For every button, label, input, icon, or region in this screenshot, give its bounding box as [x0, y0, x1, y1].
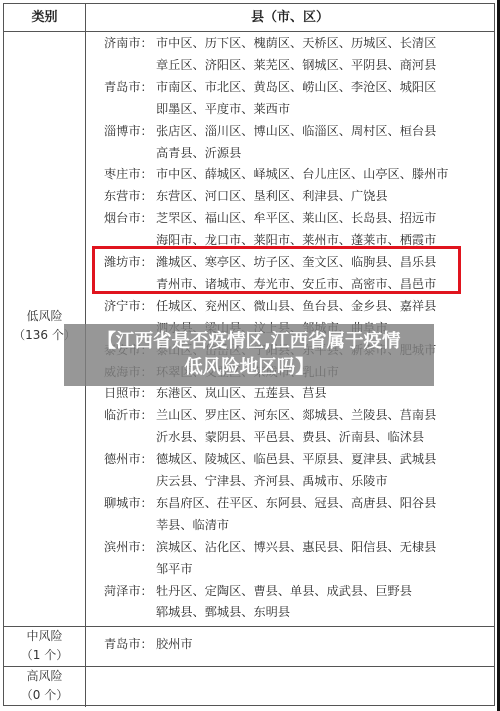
category-medium: 中风险 （1 个）: [4, 627, 85, 665]
list-item: 淄博市：张店区、淄川区、博山区、临淄区、周村区、桓台县: [104, 120, 436, 142]
district-list: 郓城县、鄄城县、东明县: [156, 605, 290, 619]
category-high-label: 高风险: [4, 667, 85, 686]
list-item: 即墨区、平度市、莱西市: [156, 98, 290, 120]
overlay-title-line1: 【江西省是否疫情区,江西省属于疫情: [64, 330, 434, 354]
list-item: 烟台市：芝罘区、福山区、牟平区、莱山区、长岛县、招远市: [104, 207, 436, 229]
district-list: 张店区、淄川区、博山区、临淄区、周村区、桓台县: [156, 124, 436, 138]
district-list: 任城区、兖州区、微山县、鱼台县、金乡县、嘉祥县: [156, 299, 436, 313]
district-list: 芝罘区、福山区、牟平区、莱山区、长岛县、招远市: [156, 211, 436, 225]
list-item: 东营市：东营区、河口区、垦利区、利津县、广饶县: [104, 185, 388, 207]
overlay-title-line2: 低风险地区吗】: [64, 356, 434, 380]
district-list: 市南区、市北区、黄岛区、崂山区、李沧区、城阳区: [156, 80, 436, 94]
district-list: 庆云县、宁津县、齐河县、禹城市、乐陵市: [156, 474, 388, 488]
list-item: 枣庄市：市中区、薛城区、峄城区、台儿庄区、山亭区、滕州市: [104, 163, 449, 185]
category-medium-count: （1 个）: [4, 646, 85, 665]
list-item: 莘县、临清市: [156, 514, 229, 536]
city-name: 淄博市：: [104, 120, 156, 142]
district-list: 莘县、临清市: [156, 518, 229, 532]
list-item: 青岛市：市南区、市北区、黄岛区、崂山区、李沧区、城阳区: [104, 76, 436, 98]
city-name: 临沂市：: [104, 404, 156, 426]
list-item: 滨州市：滨城区、沾化区、博兴县、惠民县、阳信县、无棣县: [104, 536, 436, 558]
district-list: 东昌府区、茌平区、东阿县、冠县、高唐县、阳谷县: [156, 496, 436, 510]
district-list: 胶州市: [156, 637, 193, 651]
category-high: 高风险 （0 个）: [4, 667, 85, 705]
district-list: 市中区、薛城区、峄城区、台儿庄区、山亭区、滕州市: [156, 167, 449, 181]
district-list: 海阳市、龙口市、莱阳市、莱州市、蓬莱市、栖霞市: [156, 233, 436, 247]
city-name: 德州市：: [104, 448, 156, 470]
city-name: 济宁市：: [104, 295, 156, 317]
district-list: 兰山区、罗庄区、河东区、郯城县、兰陵县、莒南县: [156, 408, 436, 422]
city-name: 东营市：: [104, 185, 156, 207]
district-list: 牡丹区、定陶区、曹县、单县、成武县、巨野县: [156, 584, 412, 598]
table-header: 类别 县（市、区）: [4, 4, 494, 32]
district-list: 沂水县、蒙阴县、平邑县、费县、沂南县、临沭县: [156, 430, 424, 444]
city-name: 青岛市：: [104, 633, 156, 655]
district-list: 高青县、沂源县: [156, 146, 241, 160]
list-item: 章丘区、济阳区、莱芜区、钢城区、平阴县、商河县: [156, 54, 436, 76]
district-list: 滨城区、沾化区、博兴县、惠民县、阳信县、无棣县: [156, 540, 436, 554]
highlight-box-weifang: [92, 246, 461, 294]
city-name: 滨州市：: [104, 536, 156, 558]
city-name: 烟台市：: [104, 207, 156, 229]
list-item: 临沂市：兰山区、罗庄区、河东区、郯城县、兰陵县、莒南县: [104, 404, 436, 426]
district-list: 即墨区、平度市、莱西市: [156, 102, 290, 116]
category-high-count: （0 个）: [4, 686, 85, 705]
medium-risk-row: 青岛市：胶州市: [104, 633, 193, 655]
header-areas: 县（市、区）: [86, 4, 494, 31]
list-item: 高青县、沂源县: [156, 142, 241, 164]
list-item: 郓城县、鄄城县、东明县: [156, 601, 290, 623]
city-name: 济南市：: [104, 32, 156, 54]
list-item: 沂水县、蒙阴县、平邑县、费县、沂南县、临沭县: [156, 426, 424, 448]
list-item: 聊城市：东昌府区、茌平区、东阿县、冠县、高唐县、阳谷县: [104, 492, 436, 514]
category-medium-label: 中风险: [4, 627, 85, 646]
title-overlay: 【江西省是否疫情区,江西省属于疫情 低风险地区吗】: [64, 324, 434, 386]
city-name: 聊城市：: [104, 492, 156, 514]
district-list: 德城区、陵城区、临邑县、平原县、夏津县、武城县: [156, 452, 436, 466]
city-name: 枣庄市：: [104, 163, 156, 185]
list-item: 邹平市: [156, 558, 193, 580]
district-list: 东港区、岚山区、五莲县、莒县: [156, 386, 327, 400]
city-name: 菏泽市：: [104, 580, 156, 602]
list-item: 庆云县、宁津县、齐河县、禹城市、乐陵市: [156, 470, 388, 492]
list-item: 济南市：市中区、历下区、槐荫区、天桥区、历城区、长清区: [104, 32, 436, 54]
district-list: 邹平市: [156, 562, 193, 576]
district-list: 东营区、河口区、垦利区、利津县、广饶县: [156, 189, 388, 203]
list-item: 济宁市：任城区、兖州区、微山县、鱼台县、金乡县、嘉祥县: [104, 295, 436, 317]
list-item: 菏泽市：牡丹区、定陶区、曹县、单县、成武县、巨野县: [104, 580, 412, 602]
city-name: 青岛市：: [104, 76, 156, 98]
header-category: 类别: [4, 4, 86, 31]
district-list: 章丘区、济阳区、莱芜区、钢城区、平阴县、商河县: [156, 58, 436, 72]
list-item: 德州市：德城区、陵城区、临邑县、平原县、夏津县、武城县: [104, 448, 436, 470]
district-list: 市中区、历下区、槐荫区、天桥区、历城区、长清区: [156, 36, 436, 50]
